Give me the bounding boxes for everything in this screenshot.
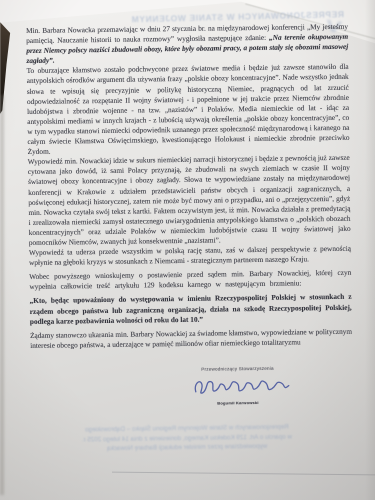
signature-block: Przewodniczący Stowarzyszenia Bogumił Ka… — [178, 363, 297, 409]
paragraph-racja-stanu: Wypowiedź ta uderza przede wszystkim w p… — [29, 244, 351, 268]
signatory-title: Przewodniczący Stowarzyszenia — [178, 363, 296, 375]
bleedthrough-bottom-line3: wypowiedziane przez minister edukacji Ba… — [107, 443, 267, 452]
photographed-letter-page: REPRESJONOWANYCH W STANIE WOJENNYM V Min… — [0, 0, 375, 500]
paragraph-motion: Wobec powyższego wnioskujemy o postawien… — [29, 268, 351, 292]
paragraph-demand: Żądamy stanowczo ukarania min. Barbary N… — [30, 326, 352, 350]
bleedthrough-bottom-paragraph: Represjonowanych w Stanie Wojennym Regio… — [28, 422, 346, 455]
paragraph-consequences: Wypowiedź min. Nowackiej idzie w sukurs … — [28, 153, 351, 248]
bleedthrough-bottom-line2: w oparciu o Art. 129 Kodeksu Karnego, do… — [82, 433, 292, 443]
signatory-name: Bogumił Karwowski — [179, 398, 297, 410]
paragraph-penal-code-quote: „Kto, będąc upoważniony do występowania … — [30, 292, 352, 326]
paragraph-media-reaction: To oburzające kłamstwo zostało podchwyco… — [27, 62, 350, 157]
paper-fold-line — [112, 472, 375, 476]
paragraph-statement: Min. Barbara Nowacka przemawiając w dniu… — [26, 22, 349, 67]
left-paper-edge-shadow — [0, 95, 4, 495]
letter-body: Min. Barbara Nowacka przemawiając w dniu… — [26, 22, 353, 411]
bleedthrough-bottom-line1: Represjonowanych w Stanie Wojennym Regio… — [85, 424, 289, 434]
right-edge-shading — [365, 0, 375, 500]
